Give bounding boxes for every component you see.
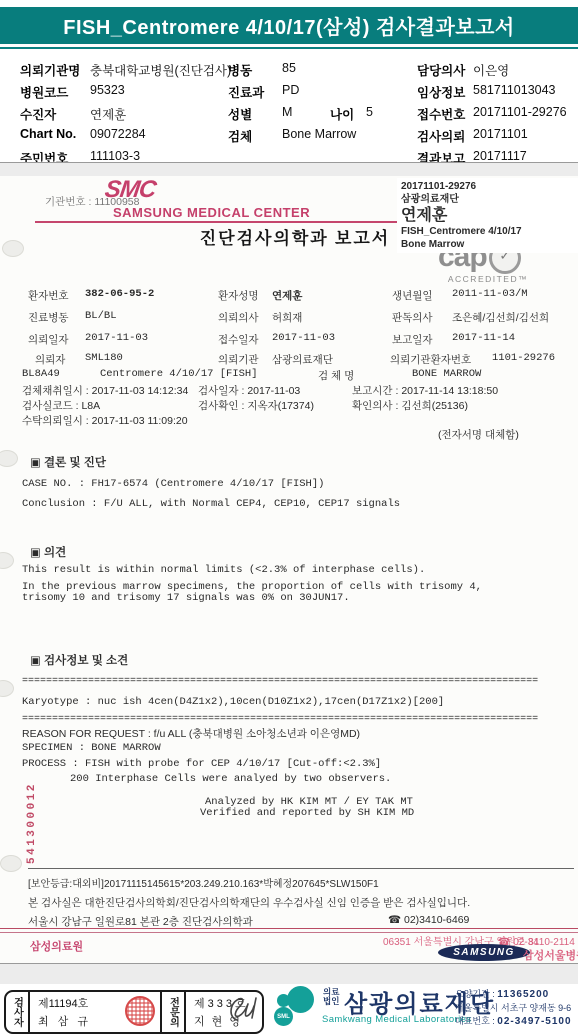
lab-code: 검사실코드 : L8A (22, 398, 100, 413)
sml-logo-blob (277, 994, 290, 1007)
care-org-line: 요양기관 : 11365200 (455, 987, 549, 1000)
separator-band-bottom (0, 963, 578, 985)
sticker-accession-no: 20171101-29276 (401, 180, 578, 193)
report-title-bar: FISH_Centromere 4/10/17(삼성) 검사결과보고서 (0, 7, 578, 44)
examiner-seal-stamp (125, 996, 155, 1026)
confirmed-by: 검사확인 : 지옥자(17374) (198, 398, 314, 413)
footer-rule (28, 868, 574, 869)
conclusion-text: Conclusion : F/U ALL, with Normal CEP4, … (22, 498, 400, 510)
field-label: 성별 (228, 105, 252, 123)
field-value: M (282, 105, 292, 119)
org-address: 서울특별시 서초구 양재동 9-6 (455, 1001, 571, 1014)
patient-label: 접수일자 (218, 332, 259, 347)
hospital-name: 삼성서울병원 (523, 947, 578, 963)
section-heading-details: ▣ 검사정보 및 소견 (30, 652, 128, 668)
bottom-bar: 검사자 제11194호 최 삼 규 전문의 제333호 지 현 영 (0, 984, 578, 1036)
examiner-role-cell: 검사자 (6, 992, 30, 1032)
specialist-role: 전문의 (168, 997, 179, 1027)
field-label: 임상정보 (417, 83, 465, 101)
patient-value: SML180 (85, 352, 123, 364)
specimen-label: 검 체 명 (318, 368, 354, 383)
test-date: 검사일자 : 2017-11-03 (198, 383, 300, 398)
patient-value: 2017-11-03 (85, 332, 148, 344)
sticker-patient-name: 연제훈 (401, 206, 578, 225)
samsung-logo: SAMSUNG (438, 944, 530, 961)
field-label: 검체 (228, 127, 252, 145)
patient-value: 1101-29276 (492, 352, 555, 364)
specimen-line: SPECIMEN : BONE MARROW (22, 742, 161, 754)
field-value: 581711013043 (473, 83, 556, 97)
process-line2: 200 Interphase Cells were analyed by two… (70, 773, 391, 785)
patient-label: 의뢰일자 (28, 332, 69, 347)
tel-label: 대표번호 : (455, 1016, 497, 1026)
field-value: 111103-3 (90, 149, 140, 163)
field-value: 5 (366, 105, 373, 119)
specialist-signature (224, 993, 262, 1034)
patient-label: 의뢰기관환자번호 (390, 352, 471, 367)
care-org-number: 11365200 (497, 989, 549, 1000)
patient-label: 환자성명 (218, 288, 259, 303)
field-value: 95323 (90, 83, 125, 97)
field-value: 20171117 (473, 149, 527, 163)
sml-logo-blob (287, 986, 314, 1013)
patient-value: 연제훈 (272, 288, 302, 303)
sticker-test-name: FISH_Centromere 4/10/17 (401, 225, 578, 238)
hole-punch (2, 240, 24, 257)
org-type: 의료 법인 (323, 988, 339, 1006)
examiner-license-no: 제11194호 (38, 995, 88, 1011)
separator-line: ========================================… (22, 676, 538, 687)
smc-name: SAMSUNG MEDICAL CENTER (113, 205, 310, 220)
field-value: Bone Marrow (282, 127, 356, 141)
field-value: 충북대학교병원(진단검사) (90, 61, 231, 79)
field-label: 접수번호 (417, 105, 465, 123)
test-name: Centromere 4/10/17 [FISH] (100, 368, 258, 380)
examiner-name: 최 삼 규 (38, 1013, 91, 1029)
tel-line: 대표번호 : 02-3497-5100 (455, 1014, 572, 1027)
specialist-cell: 제333호 지 현 영 (186, 992, 262, 1032)
patient-label: 보고일자 (392, 332, 433, 347)
patient-value: 허희재 (272, 310, 302, 325)
patient-value: 382-06-95-2 (85, 288, 154, 300)
patient-value: 삼광의료재단 (272, 352, 333, 367)
field-value: 이은영 (473, 61, 509, 79)
lab-address: 서울시 강남구 일원로81 본관 2층 진단검사의학과 (28, 914, 253, 929)
process-line: PROCESS : FISH with probe for CEP 4/10/1… (22, 758, 381, 770)
report-title: FISH_Centromere 4/10/17(삼성) 검사결과보고서 (63, 11, 514, 40)
karyotype: Karyotype : nuc ish 4cen(D4Z1x2),10cen(D… (22, 696, 444, 708)
opinion-line: This result is within normal limits (<2.… (22, 564, 425, 576)
section-heading-conclusion: ▣ 결론 및 진단 (30, 454, 106, 470)
field-label: 담당의사 (417, 61, 465, 79)
field-label: 병동 (228, 61, 252, 79)
care-org-label: 요양기관 : (455, 989, 497, 999)
specimen-value: BONE MARROW (412, 368, 481, 380)
samsung-wordmark: SAMSUNG (453, 947, 515, 958)
reason-for-request: REASON FOR REQUEST : f/u ALL (충북대병원 소아청소… (22, 726, 360, 741)
requested-datetime: 수탁의뢰일시 : 2017-11-03 11:09:20 (22, 413, 188, 428)
case-number: CASE NO. : FH17-6574 (Centromere 4/10/17… (22, 478, 324, 490)
side-serial-number: 541300012 (26, 782, 38, 864)
accreditation-line: 본 검사실은 대한진단검사의학회/진단검사의학재단의 우수검사실 신임 인증을 … (28, 895, 470, 910)
patient-label: 환자번호 (28, 288, 69, 303)
field-value: PD (282, 83, 299, 97)
accession-sticker: 20171101-29276 삼광의료재단 연제훈 FISH_Centromer… (397, 178, 578, 253)
field-label: 의뢰기관명 (20, 61, 80, 79)
field-label: Chart No. (20, 127, 76, 141)
esignature-note: (전자서명 대체함) (438, 427, 519, 442)
collected-datetime: 검체채취일시 : 2017-11-03 14:12:34 (22, 383, 188, 398)
sticker-org: 삼광의료재단 (401, 193, 578, 206)
field-label: 병원코드 (20, 83, 68, 101)
field-label: 진료과 (228, 83, 264, 101)
title-bar-underline (0, 47, 578, 49)
report-time: 보고시간 : 2017-11-14 13:18:50 (352, 383, 498, 398)
security-line: [보안등급:대외비]20171115145615*203.249.210.163… (28, 875, 379, 890)
field-value: 20171101-29276 (473, 105, 567, 119)
org-name-english: Samkwang Medical Laboratories (322, 1014, 471, 1025)
patient-value: 2017-11-14 (452, 332, 515, 344)
license-stamp-box: 검사자 제11194호 최 삼 규 전문의 제333호 지 현 영 (4, 990, 264, 1034)
sticker-specimen: Bone Marrow (401, 238, 578, 251)
patient-value: BL/BL (85, 310, 117, 322)
opinion-line: trisomy 10 and trisomy 17 signals was 0%… (22, 592, 350, 604)
separator-band-top (0, 162, 578, 177)
test-code: BL8A49 (22, 368, 60, 380)
field-value: 20171101 (473, 127, 528, 141)
org-type-line: 법인 (323, 997, 339, 1006)
separator-line: ========================================… (22, 714, 538, 725)
patient-value: 조은혜/김선희/김선희 (452, 310, 549, 325)
examiner-role: 검사자 (12, 997, 23, 1027)
field-value: 연제훈 (90, 105, 126, 123)
lab-phone: ☎ 02)3410-6469 (388, 914, 469, 926)
report-page: FISH_Centromere 4/10/17(삼성) 검사결과보고서 의뢰기관… (0, 0, 578, 1036)
hole-punch (0, 680, 14, 697)
section-heading-opinion: ▣ 의견 (30, 544, 66, 560)
sml-molecule-logo: SML (272, 985, 318, 1033)
patient-label: 의뢰의사 (218, 310, 259, 325)
hole-punch (0, 552, 14, 569)
field-label: 수진자 (20, 105, 56, 123)
sml-logo-circle: SML (274, 1007, 293, 1026)
smc-footer-name: 삼성의료원 (30, 938, 83, 954)
patient-label: 판독의사 (392, 310, 433, 325)
hole-punch (0, 450, 18, 467)
field-value: 85 (282, 61, 296, 75)
scanned-report: SMC 기관번호 : 11100958 SAMSUNG MEDICAL CENT… (0, 176, 578, 963)
patient-label: 진료병동 (28, 310, 69, 325)
patient-value: 2017-11-03 (272, 332, 335, 344)
patient-label: 의뢰기관 (218, 352, 259, 367)
cap-accredited-label: ACCREDITED™ (438, 274, 538, 284)
sml-logo-text: SML (277, 1014, 290, 1020)
patient-label: 의뢰자 (35, 352, 65, 367)
request-info-panel: 의뢰기관명 충북대학교병원(진단검사) 병동 85 담당의사 이은영 병원코드 … (0, 50, 578, 162)
field-label: 검사의뢰 (417, 127, 465, 145)
specialist-role-cell: 전문의 (162, 992, 186, 1032)
tel-number: 02-3497-5100 (497, 1016, 571, 1027)
field-value: 09072284 (90, 127, 146, 141)
hole-punch (0, 855, 22, 872)
field-label: 나이 (330, 105, 354, 123)
patient-label: 생년월일 (392, 288, 433, 303)
examiner-cell: 제11194호 최 삼 규 (30, 992, 162, 1032)
confirming-doctor: 확인의사 : 김선희(25136) (352, 398, 468, 413)
patient-value: 2011-11-03/M (452, 288, 528, 300)
verified-by: Verified and reported by SH KIM MD (200, 807, 414, 819)
